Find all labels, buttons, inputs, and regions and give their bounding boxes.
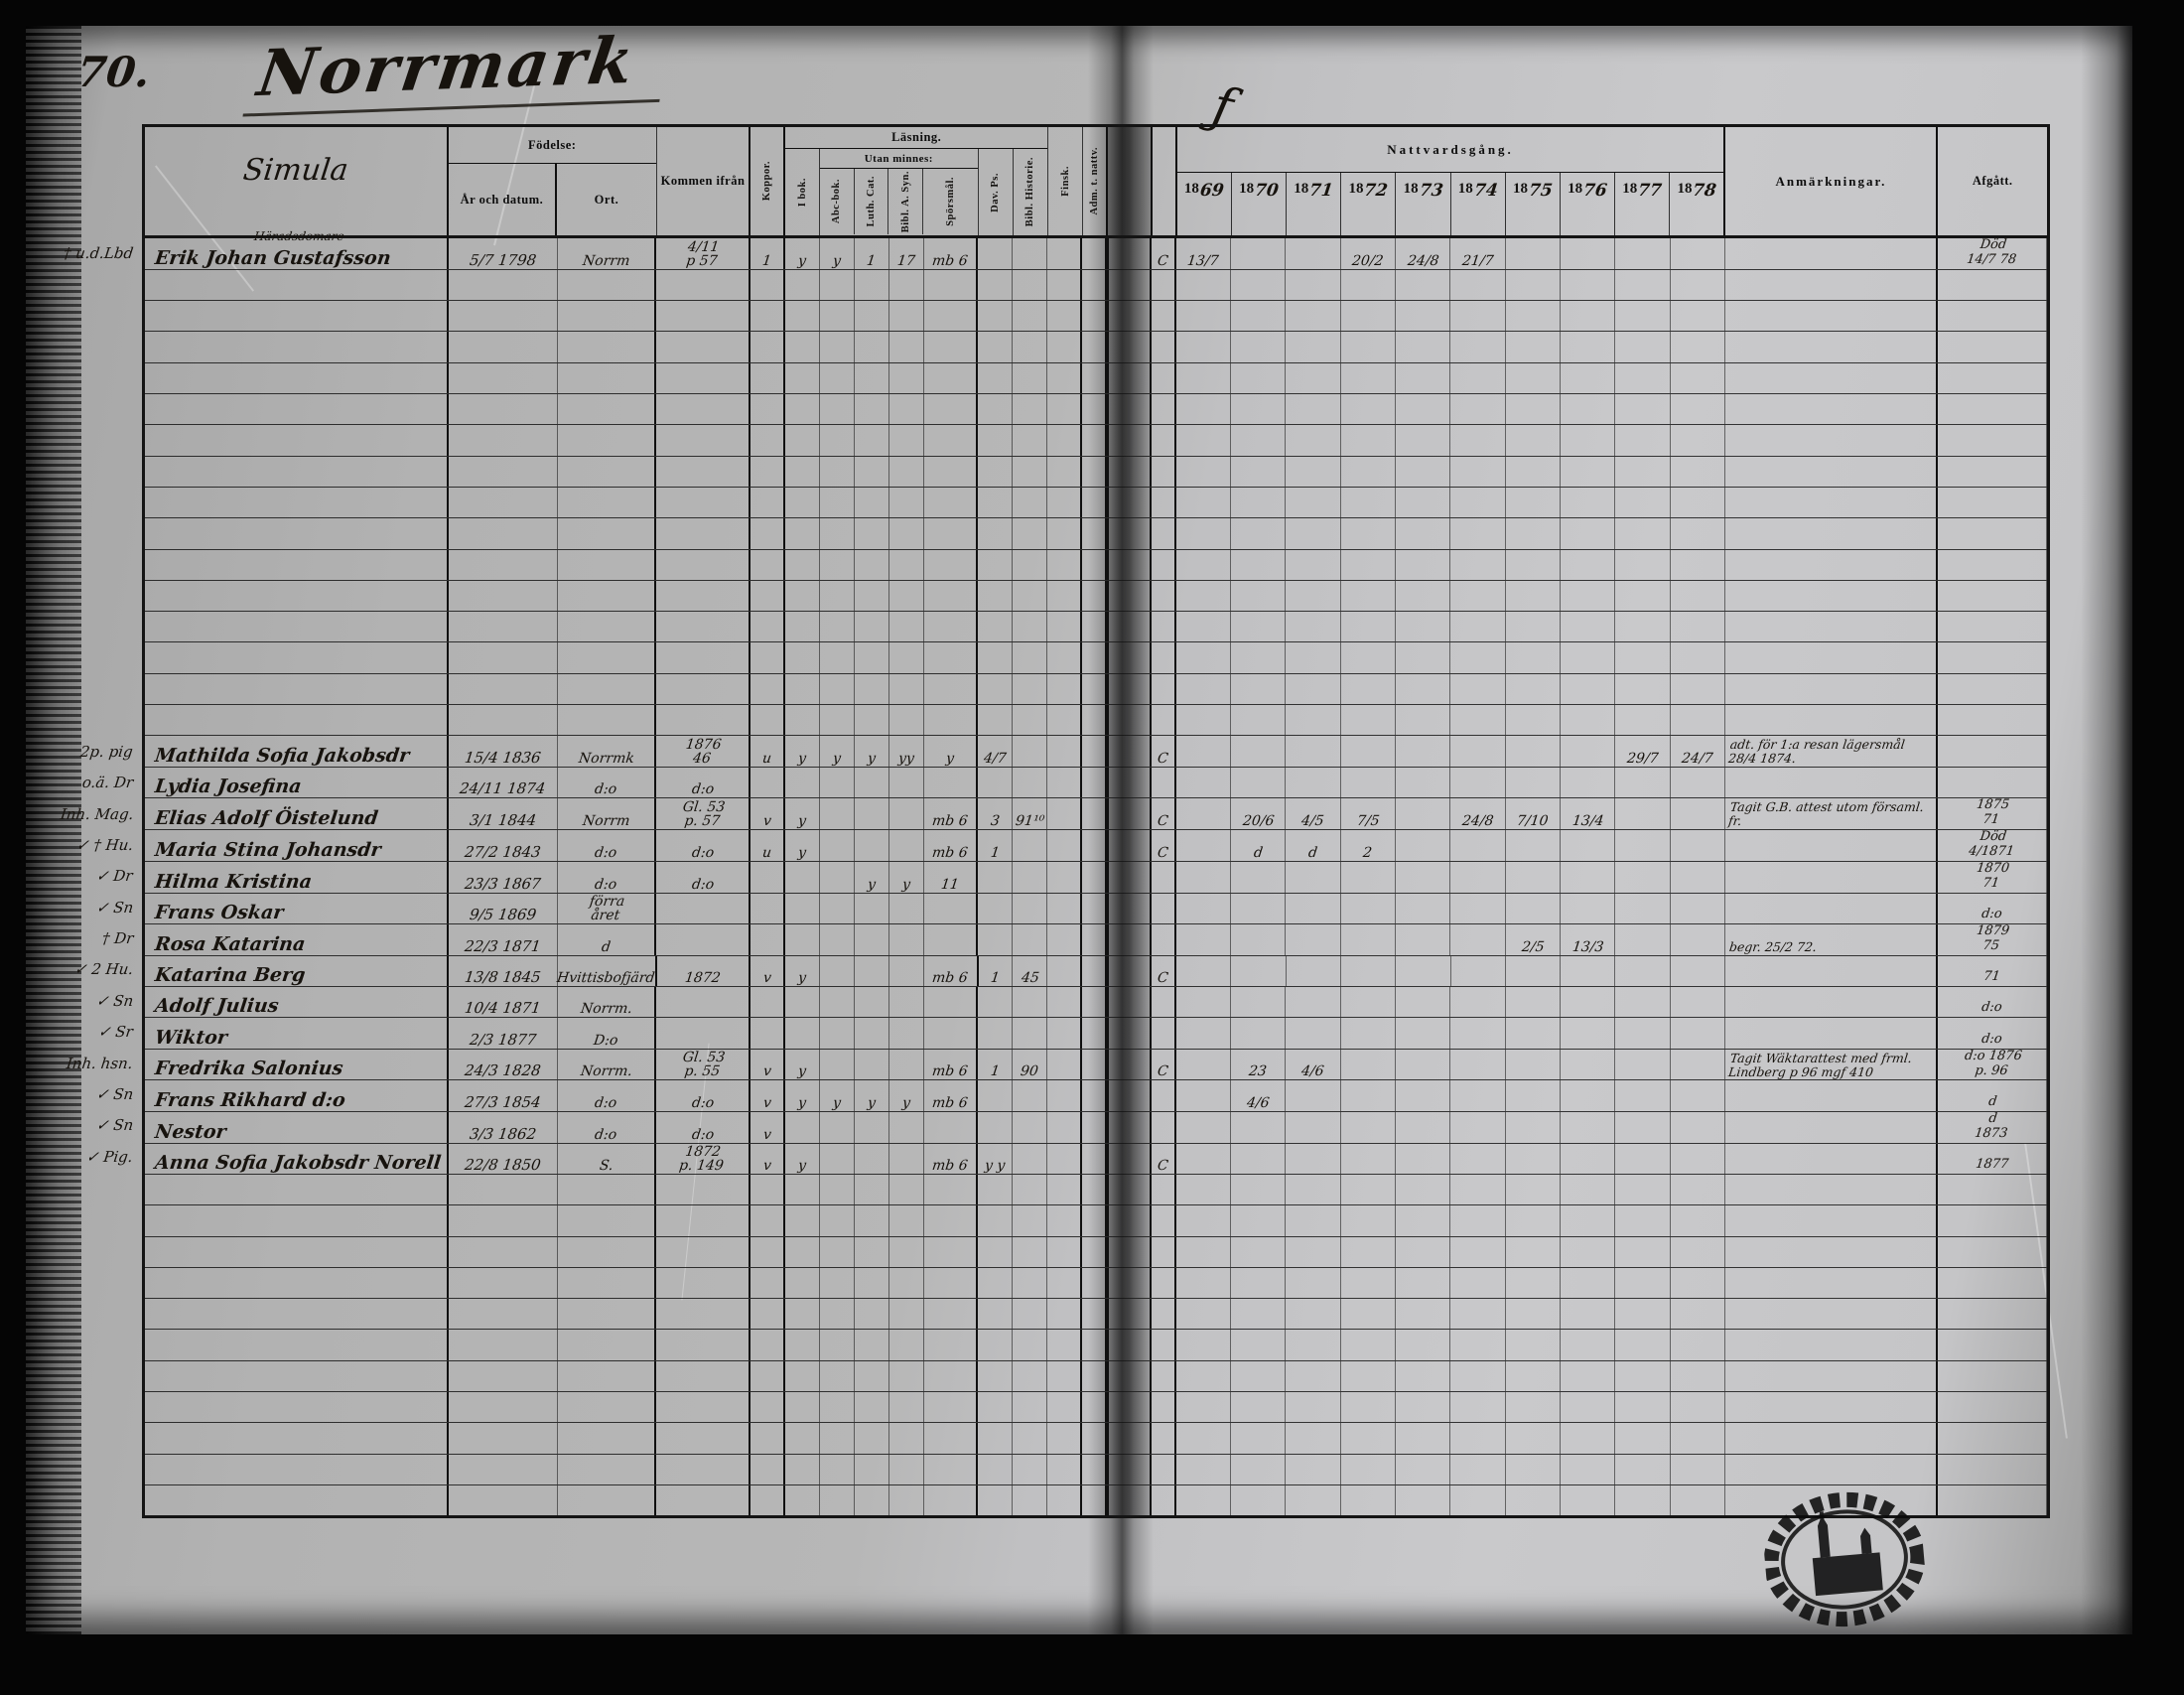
- table-cell-ibok: [785, 332, 820, 361]
- table-cell-y1873: [1396, 425, 1450, 455]
- table-cell-y1872: [1341, 518, 1396, 548]
- table-cell-y1869: [1176, 862, 1231, 893]
- table-cell-bibl: [889, 798, 924, 829]
- table-cell-name: [145, 1455, 449, 1484]
- table-cell-kommen: 1876 46: [656, 736, 751, 766]
- table-cell-birth_date: 13/8 1845: [449, 956, 558, 986]
- table-row: Lydia Josefina24/11 1874d:od:o: [145, 768, 2047, 798]
- table-cell-davps: [978, 238, 1013, 269]
- table-cell-spors: [924, 581, 979, 611]
- table-cell-gutter: [1107, 488, 1152, 517]
- table-cell-y1876: [1561, 332, 1615, 361]
- table-cell-y1872: [1341, 612, 1396, 641]
- table-cell-y1869: [1176, 1080, 1231, 1110]
- table-cell-y1877: 29/7: [1615, 736, 1670, 766]
- table-cell-y1873: [1396, 612, 1450, 641]
- table-cell-anm: [1725, 956, 1938, 986]
- table-cell-birth_date: [449, 1455, 558, 1484]
- table-cell-y1872: [1341, 1237, 1396, 1267]
- table-cell-afgatt: [1938, 768, 2047, 797]
- table-cell-y1869: [1176, 270, 1231, 300]
- table-cell-birth_date: 2/3 1877: [449, 1018, 558, 1048]
- header-gutter: [1108, 127, 1153, 235]
- table-row: [145, 612, 2047, 642]
- table-cell-y1869: [1176, 301, 1231, 331]
- table-cell-y1878: [1671, 1237, 1725, 1267]
- table-cell-y1874: [1450, 425, 1505, 455]
- table-cell-birth_place: [558, 581, 657, 611]
- table-cell-gutter: [1107, 1392, 1152, 1422]
- table-cell-ibok: y: [785, 830, 820, 861]
- table-cell-finsk: [1047, 1361, 1082, 1391]
- table-cell-bibl: [889, 457, 924, 487]
- table-row: [145, 1423, 2047, 1454]
- table-row: [145, 1392, 2047, 1423]
- table-cell-y1869: [1176, 924, 1231, 955]
- table-cell-y1871: 4/5: [1286, 798, 1340, 829]
- table-cell-y1877: [1615, 1299, 1670, 1329]
- table-cell-y1877: [1615, 1361, 1670, 1391]
- table-cell-y1870: [1231, 457, 1286, 487]
- table-cell-kommen: [656, 924, 751, 955]
- table-cell-spors: [924, 768, 979, 797]
- table-cell-davps: [978, 987, 1013, 1017]
- table-cell-abc: [820, 1455, 855, 1484]
- table-cell-y1876: [1561, 1018, 1615, 1048]
- table-cell-afgatt: 1879 75: [1938, 924, 2047, 955]
- header-birth-place: Ort.: [557, 164, 656, 235]
- table-cell-y1871: d: [1286, 830, 1340, 861]
- table-cell-y1875: [1506, 1392, 1561, 1422]
- table-row: [145, 1268, 2047, 1299]
- table-cell-birth_place: [558, 1205, 657, 1235]
- table-cell-finsk: [1047, 1018, 1082, 1048]
- table-cell-birth_date: 9/5 1869: [449, 894, 558, 923]
- table-cell-anm: [1725, 1175, 1938, 1204]
- table-cell-ibok: [785, 1299, 820, 1329]
- table-cell-birth_place: d:o: [558, 1112, 657, 1143]
- table-cell-y1875: [1506, 238, 1561, 269]
- header-birth-group: Födelse: År och datum. Ort.: [449, 127, 657, 235]
- table-cell-finsk: [1047, 1144, 1082, 1174]
- table-cell-extra: [1082, 1018, 1107, 1048]
- table-cell-finsk: [1047, 830, 1082, 861]
- table-cell-gutter: [1107, 956, 1152, 986]
- table-cell-y1878: [1671, 1392, 1725, 1422]
- header-birth-date: År och datum.: [449, 164, 557, 235]
- table-cell-luth: [855, 1361, 889, 1391]
- table-cell-name: [145, 1205, 449, 1235]
- table-cell-afgatt: 1870 71: [1938, 862, 2047, 893]
- table-cell-anm: [1725, 1330, 1938, 1359]
- table-cell-y1872: [1341, 894, 1396, 923]
- table-cell-ibok: [785, 1268, 820, 1298]
- table-cell-y1877: [1615, 1485, 1670, 1515]
- table-cell-birth_date: [449, 301, 558, 331]
- table-cell-afgatt: 1875 71: [1938, 798, 2047, 829]
- table-cell-y1876: [1561, 705, 1615, 735]
- header-name-column: Simula: [145, 127, 449, 235]
- header-ibok: I bok.: [785, 149, 820, 235]
- table-cell-birth_place: [558, 488, 657, 517]
- table-cell-davps: 1: [978, 830, 1013, 861]
- table-cell-kommen: d:o: [656, 862, 751, 893]
- table-cell-y1872: [1341, 987, 1396, 1017]
- table-cell-ibok: [785, 924, 820, 955]
- table-cell-davps: [978, 363, 1013, 393]
- table-cell-y1878: 24/7: [1671, 736, 1725, 766]
- table-cell-y1874: [1450, 1268, 1505, 1298]
- table-cell-pre: C: [1152, 798, 1176, 829]
- table-cell-y1872: [1341, 363, 1396, 393]
- table-cell-spors: mb 6: [924, 1144, 979, 1174]
- table-cell-ibok: [785, 394, 820, 424]
- table-cell-y1870: [1231, 1268, 1286, 1298]
- table-cell-y1877: [1615, 518, 1670, 548]
- table-row: Anna Sofia Jakobsdr Norell22/8 1850S.187…: [145, 1144, 2047, 1175]
- table-cell-y1869: 13/7: [1176, 238, 1231, 269]
- table-cell-y1870: [1231, 987, 1286, 1017]
- table-row: Wiktor2/3 1877D:od:o: [145, 1018, 2047, 1049]
- header-reading-group: Läsning. I bok. Utan minnes: Abc-bok. Lu…: [785, 127, 1048, 235]
- table-cell-y1872: [1341, 956, 1396, 986]
- table-cell-anm: [1725, 238, 1938, 269]
- table-row: Frans Rikhard d:o27/3 1854d:od:ovyyyymb …: [145, 1080, 2047, 1111]
- table-cell-spors: mb 6: [924, 238, 979, 269]
- table-cell-pre: [1152, 674, 1176, 704]
- table-cell-koppor: [751, 425, 785, 455]
- table-cell-afgatt: [1938, 1330, 2047, 1359]
- table-cell-y1874: [1450, 1392, 1505, 1422]
- table-cell-y1870: d: [1231, 830, 1286, 861]
- table-cell-spors: [924, 674, 979, 704]
- table-cell-y1871: [1286, 1361, 1340, 1391]
- table-cell-gutter: [1107, 736, 1152, 766]
- table-cell-abc: [820, 1144, 855, 1174]
- table-cell-y1877: [1615, 238, 1670, 269]
- table-cell-y1878: [1671, 1080, 1725, 1110]
- table-cell-y1876: [1561, 1485, 1615, 1515]
- table-cell-biblhist: [1013, 736, 1047, 766]
- table-cell-y1876: [1561, 1144, 1615, 1174]
- table-cell-luth: [855, 705, 889, 735]
- table-cell-y1877: [1615, 1423, 1670, 1453]
- table-cell-afgatt: [1938, 1361, 2047, 1391]
- table-cell-davps: [978, 1175, 1013, 1204]
- table-cell-abc: [820, 1205, 855, 1235]
- table-cell-y1875: [1506, 394, 1561, 424]
- row-margin-note: Inh. hsn.: [66, 1055, 134, 1072]
- table-cell-y1875: [1506, 987, 1561, 1017]
- table-cell-name: [145, 1175, 449, 1204]
- table-cell-y1876: [1561, 642, 1615, 672]
- table-cell-y1876: [1561, 238, 1615, 269]
- row-margin-note: ✓ Sr: [97, 1023, 134, 1041]
- table-cell-extra: [1082, 612, 1107, 641]
- table-cell-y1878: [1671, 705, 1725, 735]
- table-cell-y1877: [1615, 674, 1670, 704]
- table-cell-y1874: [1450, 1050, 1505, 1080]
- table-cell-abc: [820, 1361, 855, 1391]
- table-cell-y1874: [1450, 674, 1505, 704]
- table-cell-afgatt: d:o: [1938, 987, 2047, 1017]
- table-cell-luth: [855, 1423, 889, 1453]
- table-cell-kommen: 4/11 p 57: [656, 238, 751, 269]
- table-cell-y1874: [1450, 1018, 1505, 1048]
- table-cell-y1875: [1506, 862, 1561, 893]
- table-cell-gutter: [1107, 581, 1152, 611]
- table-cell-ibok: [785, 862, 820, 893]
- table-cell-spors: [924, 270, 979, 300]
- table-cell-birth_date: [449, 612, 558, 641]
- table-cell-y1873: [1396, 924, 1450, 955]
- header-communion-label: Nattvardsgång.: [1177, 127, 1724, 173]
- table-cell-y1875: [1506, 1237, 1561, 1267]
- table-cell-biblhist: [1013, 612, 1047, 641]
- table-cell-koppor: v: [751, 956, 785, 986]
- table-cell-birth_date: [449, 332, 558, 361]
- table-cell-y1873: [1396, 1144, 1450, 1174]
- table-cell-bibl: [889, 550, 924, 580]
- table-cell-ibok: [785, 550, 820, 580]
- table-cell-extra: [1082, 1455, 1107, 1484]
- table-cell-spors: [924, 642, 979, 672]
- table-cell-ibok: [785, 1018, 820, 1048]
- table-cell-anm: [1725, 488, 1938, 517]
- row-margin-note: o.ä. Dr: [81, 774, 134, 791]
- table-cell-kommen: [656, 488, 751, 517]
- table-cell-y1872: 7/5: [1341, 798, 1396, 829]
- table-cell-kommen: [656, 1392, 751, 1422]
- table-cell-finsk: [1047, 363, 1082, 393]
- table-header: Simula Födelse: År och datum. Ort. Komme…: [145, 127, 2047, 238]
- table-cell-y1871: [1286, 924, 1340, 955]
- table-cell-davps: [978, 488, 1013, 517]
- table-cell-finsk: [1047, 1112, 1082, 1143]
- table-cell-luth: [855, 1392, 889, 1422]
- table-cell-y1875: 7/10: [1506, 798, 1561, 829]
- table-cell-finsk: [1047, 1205, 1082, 1235]
- table-cell-y1875: [1506, 768, 1561, 797]
- table-cell-y1872: [1341, 1485, 1396, 1515]
- right-page-edge-shadow: [2081, 26, 2132, 1634]
- table-cell-y1876: [1561, 987, 1615, 1017]
- table-cell-spors: mb 6: [924, 1080, 979, 1110]
- header-finsk: Finsk.: [1048, 127, 1083, 235]
- table-cell-y1877: [1615, 1144, 1670, 1174]
- table-cell-y1871: [1286, 894, 1340, 923]
- table-cell-y1876: [1561, 1237, 1615, 1267]
- table-cell-anm: [1725, 1205, 1938, 1235]
- table-cell-finsk: [1047, 894, 1082, 923]
- table-cell-anm: [1725, 1455, 1938, 1484]
- table-row: [145, 550, 2047, 581]
- table-cell-y1874: [1451, 956, 1506, 986]
- table-cell-luth: [855, 768, 889, 797]
- table-cell-y1872: [1341, 1392, 1396, 1422]
- table-cell-anm: [1725, 1423, 1938, 1453]
- table-cell-y1873: [1396, 1268, 1450, 1298]
- table-cell-pre: [1152, 1112, 1176, 1143]
- table-cell-y1870: [1231, 1018, 1286, 1048]
- table-cell-ibok: [785, 1112, 820, 1143]
- table-cell-davps: 4/7: [978, 736, 1013, 766]
- table-cell-finsk: [1047, 457, 1082, 487]
- table-cell-name: [145, 488, 449, 517]
- table-cell-davps: [978, 518, 1013, 548]
- table-cell-y1871: [1286, 1423, 1340, 1453]
- communion-year-header: 1874: [1451, 173, 1506, 235]
- row-margin-note: ✓ 2 Hu.: [73, 960, 134, 978]
- table-cell-y1878: [1671, 642, 1725, 672]
- table-cell-bibl: [889, 270, 924, 300]
- table-cell-biblhist: [1013, 332, 1047, 361]
- table-cell-davps: [978, 1237, 1013, 1267]
- table-cell-y1877: [1615, 1080, 1670, 1110]
- table-cell-y1871: [1286, 642, 1340, 672]
- table-cell-koppor: [751, 1205, 785, 1235]
- table-cell-koppor: v: [751, 1050, 785, 1080]
- table-cell-spors: [924, 425, 979, 455]
- table-cell-ibok: [785, 674, 820, 704]
- table-cell-y1873: [1396, 1237, 1450, 1267]
- table-cell-y1870: [1231, 1423, 1286, 1453]
- table-cell-y1876: [1561, 612, 1615, 641]
- table-cell-abc: [820, 457, 855, 487]
- table-cell-y1870: [1231, 270, 1286, 300]
- header-luth: Luth. Cat.: [855, 169, 889, 234]
- table-cell-kommen: [656, 270, 751, 300]
- table-cell-birth_date: 3/3 1862: [449, 1112, 558, 1143]
- table-cell-abc: [820, 862, 855, 893]
- table-cell-extra: [1082, 894, 1107, 923]
- table-cell-pre: [1152, 1018, 1176, 1048]
- table-cell-luth: [855, 1205, 889, 1235]
- table-cell-bibl: [889, 1050, 924, 1080]
- table-cell-afgatt: [1938, 363, 2047, 393]
- table-cell-y1870: [1231, 1144, 1286, 1174]
- header-afgatt: Afgått.: [1938, 127, 2047, 235]
- table-cell-y1874: [1450, 1330, 1505, 1359]
- table-cell-kommen: Gl. 53 p. 57: [656, 798, 751, 829]
- table-cell-y1874: [1450, 830, 1505, 861]
- table-cell-spors: [924, 1112, 979, 1143]
- table-cell-biblhist: [1013, 1237, 1047, 1267]
- table-cell-y1870: [1231, 768, 1286, 797]
- table-cell-pre: C: [1152, 736, 1176, 766]
- table-cell-abc: [820, 488, 855, 517]
- table-cell-birth_place: förra året: [558, 894, 657, 923]
- table-cell-koppor: [751, 642, 785, 672]
- table-cell-kommen: [656, 612, 751, 641]
- table-cell-davps: [978, 612, 1013, 641]
- table-cell-ibok: [785, 1175, 820, 1204]
- table-cell-y1875: [1506, 363, 1561, 393]
- table-cell-name: [145, 332, 449, 361]
- table-cell-y1878: [1671, 1455, 1725, 1484]
- table-cell-pre: [1152, 457, 1176, 487]
- table-cell-birth_place: S.: [558, 1144, 657, 1174]
- table-cell-anm: Tagit G.B. attest utom församl. fr.: [1725, 798, 1938, 829]
- table-cell-ibok: y: [785, 1144, 820, 1174]
- table-cell-y1876: [1561, 736, 1615, 766]
- table-cell-afgatt: [1938, 705, 2047, 735]
- table-cell-finsk: [1047, 238, 1082, 269]
- table-cell-abc: [820, 581, 855, 611]
- table-cell-y1876: [1561, 1299, 1615, 1329]
- table-cell-y1876: [1561, 1268, 1615, 1298]
- table-cell-bibl: [889, 488, 924, 517]
- table-cell-y1873: [1396, 642, 1450, 672]
- table-cell-finsk: [1047, 1050, 1082, 1080]
- table-cell-abc: [820, 894, 855, 923]
- table-cell-extra: [1082, 394, 1107, 424]
- table-cell-y1874: [1450, 270, 1505, 300]
- table-cell-y1876: [1561, 1455, 1615, 1484]
- table-cell-davps: [978, 705, 1013, 735]
- table-cell-birth_place: Norrm: [558, 238, 657, 269]
- table-cell-davps: [978, 894, 1013, 923]
- table-cell-bibl: [889, 768, 924, 797]
- table-cell-y1874: [1450, 1080, 1505, 1110]
- table-cell-finsk: [1047, 1080, 1082, 1110]
- table-cell-spors: [924, 1330, 979, 1359]
- table-cell-koppor: [751, 987, 785, 1017]
- table-cell-y1871: [1286, 488, 1340, 517]
- table-cell-luth: [855, 518, 889, 548]
- header-bibl: Bibl. A. Syn.: [888, 169, 923, 234]
- table-cell-luth: [855, 394, 889, 424]
- table-cell-y1877: [1615, 550, 1670, 580]
- table-cell-kommen: [656, 425, 751, 455]
- table-cell-afgatt: [1938, 1175, 2047, 1204]
- header-spors: Spörsmål.: [923, 169, 978, 234]
- table-cell-gutter: [1107, 1485, 1152, 1515]
- table-cell-name: [145, 394, 449, 424]
- table-cell-y1871: [1286, 1080, 1340, 1110]
- table-row: [145, 301, 2047, 332]
- table-cell-birth_place: [558, 1485, 657, 1515]
- table-cell-name: Frans Oskar: [145, 894, 449, 923]
- table-cell-davps: [978, 1018, 1013, 1048]
- table-cell-y1876: [1561, 956, 1615, 986]
- table-cell-y1877: [1615, 705, 1670, 735]
- table-cell-extra: [1082, 1268, 1107, 1298]
- table-cell-y1872: [1341, 1361, 1396, 1391]
- table-cell-biblhist: [1013, 1299, 1047, 1329]
- table-cell-koppor: [751, 488, 785, 517]
- table-cell-spors: [924, 1237, 979, 1267]
- table-cell-abc: [820, 956, 855, 986]
- table-cell-y1873: [1396, 1361, 1450, 1391]
- table-cell-davps: [978, 1361, 1013, 1391]
- table-row: [145, 1175, 2047, 1205]
- table-cell-anm: [1725, 1237, 1938, 1267]
- table-cell-biblhist: [1013, 642, 1047, 672]
- table-cell-gutter: [1107, 363, 1152, 393]
- table-cell-abc: y: [820, 238, 855, 269]
- table-cell-y1874: [1450, 1455, 1505, 1484]
- table-cell-y1875: [1506, 457, 1561, 487]
- table-cell-spors: [924, 1455, 979, 1484]
- table-cell-y1872: [1341, 642, 1396, 672]
- table-cell-y1873: [1396, 1392, 1450, 1422]
- table-cell-afgatt: [1938, 1205, 2047, 1235]
- page-title: Norrmark: [242, 22, 670, 116]
- table-cell-koppor: 1: [751, 238, 785, 269]
- table-cell-biblhist: [1013, 1392, 1047, 1422]
- row-margin-note: ✓ Sn: [95, 1116, 134, 1134]
